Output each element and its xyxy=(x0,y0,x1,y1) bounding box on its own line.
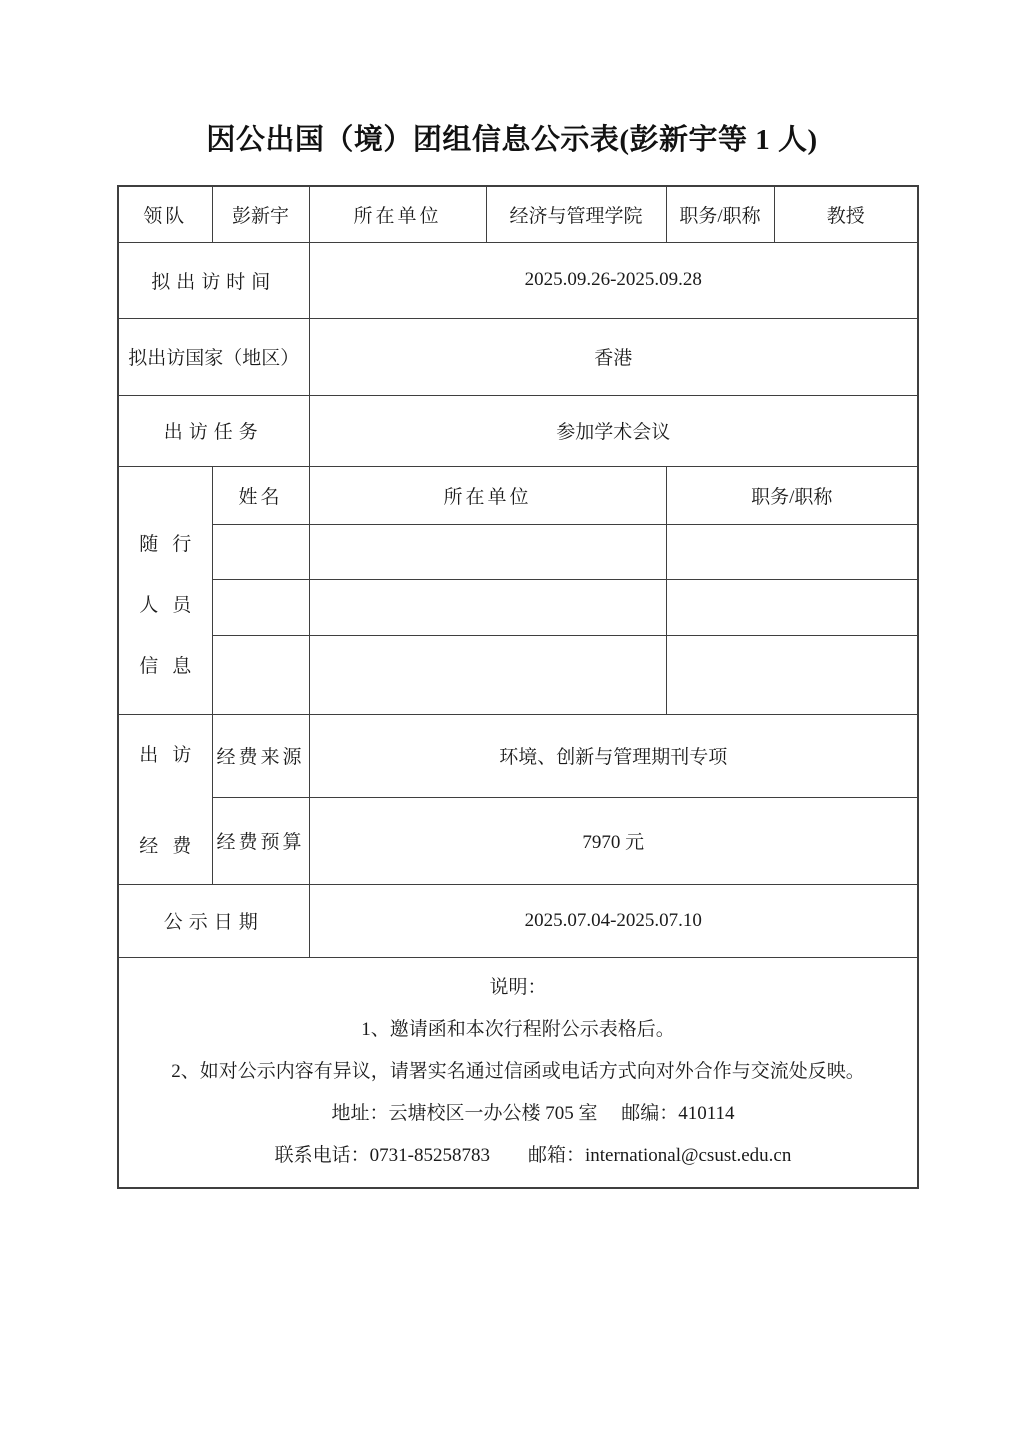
companions-section-label-cell: 随行 人员 信息 xyxy=(118,466,212,714)
notes-line-1: 1、邀请函和本次行程附公示表格后。 xyxy=(119,1009,917,1051)
funding-budget-label-cell: 经费预算 xyxy=(212,797,309,884)
leader-name-cell: 彭新宇 xyxy=(212,186,309,242)
notes-address-line: 地址：云塘校区一办公楼 705 室 邮编：410114 xyxy=(119,1093,917,1135)
companion-position-header-cell: 职务/职称 xyxy=(666,466,918,524)
companion-name-header-cell: 姓名 xyxy=(212,466,309,524)
companion-2-unit-cell xyxy=(309,579,666,635)
funding-label-line1: 出访 xyxy=(139,740,205,767)
visit-time-label-cell: 拟出访时间 xyxy=(118,242,309,318)
notes-row: 说明： 1、邀请函和本次行程附公示表格后。 2、如对公示内容有异议，请署实名通过… xyxy=(118,957,918,1188)
task-label-cell: 出访任务 xyxy=(118,395,309,466)
companions-label-line2: 人员 xyxy=(139,590,205,617)
notes-heading: 说明： xyxy=(119,967,917,1009)
funding-section-label: 出访 经费 xyxy=(119,740,212,858)
destination-value-cell: 香港 xyxy=(309,318,918,395)
companion-1-position-cell xyxy=(666,524,918,579)
leader-unit-label-cell: 所在单位 xyxy=(309,186,486,242)
funding-source-row: 出访 经费 经费来源 环境、创新与管理期刊专项 xyxy=(118,714,918,797)
companions-header-row: 随行 人员 信息 姓名 所在单位 职务/职称 xyxy=(118,466,918,524)
companions-section-label: 随行 人员 信息 xyxy=(119,503,212,678)
task-value-cell: 参加学术会议 xyxy=(309,395,918,466)
leader-label-cell: 领队 xyxy=(118,186,212,242)
companions-label-line1: 随行 xyxy=(139,529,205,556)
companion-2-position-cell xyxy=(666,579,918,635)
leader-unit-value-cell: 经济与管理学院 xyxy=(486,186,666,242)
publicity-date-row: 公示日期 2025.07.04-2025.07.10 xyxy=(118,884,918,957)
destination-row: 拟出访国家（地区） 香港 xyxy=(118,318,918,395)
companion-3-name-cell xyxy=(212,635,309,714)
visit-time-row: 拟出访时间 2025.09.26-2025.09.28 xyxy=(118,242,918,318)
companion-2-name-cell xyxy=(212,579,309,635)
page-title: 因公出国（境）团组信息公示表(彭新宇等 1 人) xyxy=(0,0,1024,162)
funding-section-label-cell: 出访 经费 xyxy=(118,714,212,884)
publicity-date-value-cell: 2025.07.04-2025.07.10 xyxy=(309,884,918,957)
destination-label-cell: 拟出访国家（地区） xyxy=(118,318,309,395)
companion-1-unit-cell xyxy=(309,524,666,579)
companion-unit-header-cell: 所在单位 xyxy=(309,466,666,524)
visit-time-value-cell: 2025.09.26-2025.09.28 xyxy=(309,242,918,318)
funding-budget-row: 经费预算 7970 元 xyxy=(118,797,918,884)
funding-label-line2: 经费 xyxy=(139,831,205,858)
companion-row-3 xyxy=(118,635,918,714)
task-row: 出访任务 参加学术会议 xyxy=(118,395,918,466)
funding-source-value-cell: 环境、创新与管理期刊专项 xyxy=(309,714,918,797)
notes-cell: 说明： 1、邀请函和本次行程附公示表格后。 2、如对公示内容有异议，请署实名通过… xyxy=(118,957,918,1188)
travel-info-table: 领队 彭新宇 所在单位 经济与管理学院 职务/职称 教授 拟出访时间 2025.… xyxy=(117,185,919,1189)
publicity-date-label-cell: 公示日期 xyxy=(118,884,309,957)
companion-row-1 xyxy=(118,524,918,579)
funding-source-label-cell: 经费来源 xyxy=(212,714,309,797)
leader-position-value-cell: 教授 xyxy=(774,186,918,242)
leader-position-label-cell: 职务/职称 xyxy=(666,186,774,242)
notes-contact-line: 联系电话：0731-85258783 邮箱：international@csus… xyxy=(119,1135,917,1177)
companion-row-2 xyxy=(118,579,918,635)
companion-3-position-cell xyxy=(666,635,918,714)
document-page: 因公出国（境）团组信息公示表(彭新宇等 1 人) 领队 彭新宇 所在单位 经济与… xyxy=(0,0,1024,1448)
companions-label-line3: 信息 xyxy=(139,651,205,678)
leader-row: 领队 彭新宇 所在单位 经济与管理学院 职务/职称 教授 xyxy=(118,186,918,242)
companion-3-unit-cell xyxy=(309,635,666,714)
notes-line-2: 2、如对公示内容有异议，请署实名通过信函或电话方式向对外合作与交流处反映。 xyxy=(119,1051,917,1093)
companion-1-name-cell xyxy=(212,524,309,579)
funding-budget-value-cell: 7970 元 xyxy=(309,797,918,884)
